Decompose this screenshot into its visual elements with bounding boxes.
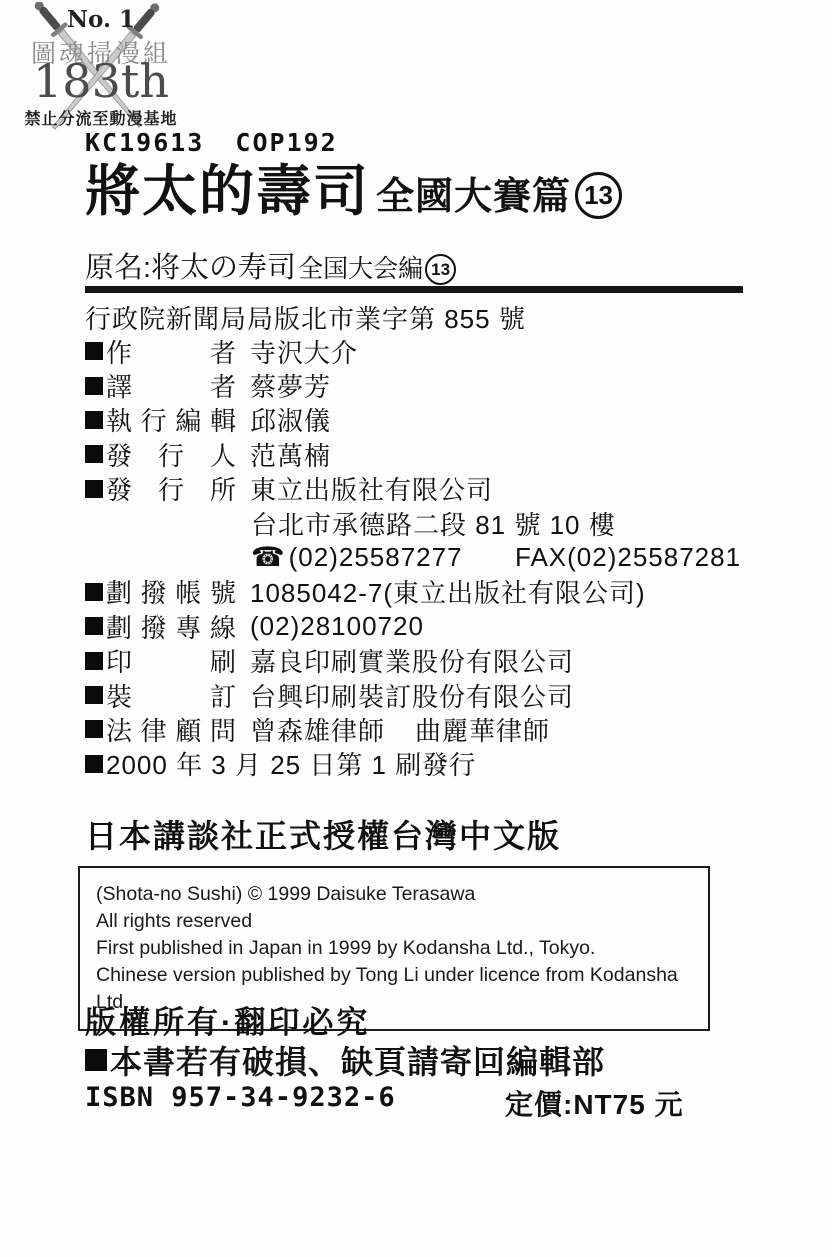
bullet-square-icon: [85, 445, 103, 463]
row-print-date: 2000 年 3 月 25 日第 1 刷發行: [85, 747, 765, 781]
bullet-square-icon: [85, 411, 103, 429]
volume-number-badge: 13: [575, 172, 622, 219]
field-value: 嘉良印刷實業股份有限公司: [250, 642, 574, 679]
field-value: 寺沢大介: [250, 333, 358, 370]
authorization-statement: 日本講談社正式授權台灣中文版: [85, 811, 561, 857]
field-value: 1085042-7(東立出版社有限公司): [250, 573, 646, 610]
row-author: 作者 寺沢大介: [85, 334, 765, 368]
bullet-square-icon: [85, 617, 103, 635]
field-label: 譯者: [106, 367, 236, 404]
row-binder: 裝訂 台興印刷裝訂股份有限公司: [85, 678, 765, 712]
phone-number: (02)25587277: [289, 542, 463, 573]
isbn-price-row: ISBN 957-34-9232-6 定價:NT75 元: [85, 1082, 765, 1118]
title-arc: 全國大賽篇: [376, 178, 571, 219]
field-label: 發行所: [106, 470, 236, 507]
scanlation-watermark: No. 1 圖魂掃漫組 183th 禁止分流至動漫基地: [6, 2, 196, 142]
legal-advisor-1: 曾森雄律師: [250, 711, 385, 748]
field-label: 作者: [106, 333, 236, 370]
row-postal-account: 劃撥帳號 1085042-7(東立出版社有限公司): [85, 575, 765, 609]
bullet-square-icon: [85, 720, 103, 738]
row-executive-editor: 執行編輯 邱淑儀: [85, 403, 765, 437]
bullet-square-icon: [85, 755, 103, 773]
publication-info: 作者 寺沢大介 譯者 蔡夢芳 執行編輯 邱淑儀 發行人 范萬楠 發行所 東立出版…: [85, 334, 765, 781]
original-title-arc: 全国大会編: [298, 249, 423, 286]
field-value: 台興印刷裝訂股份有限公司: [250, 677, 574, 714]
row-phone-fax: ☎ (02)25587277 FAX(02)25587281: [85, 540, 765, 574]
first-print-date: 2000 年 3 月 25 日第 1 刷發行: [106, 745, 476, 782]
field-label: 執行編輯: [106, 401, 236, 438]
bullet-square-icon: [85, 342, 103, 360]
field-label: 裝訂: [106, 677, 236, 714]
field-value: 范萬楠: [250, 436, 331, 473]
copyright-line-2: All rights reserved: [96, 908, 692, 935]
legal-advisor-2: 曲麗華律師: [415, 711, 550, 748]
price-label: 定價:NT75 元: [505, 1083, 684, 1123]
watermark-rank: No. 1: [6, 6, 196, 33]
row-legal-advisors: 法律顧問 曾森雄律師 曲麗華律師: [85, 712, 765, 746]
title-main: 將太的壽司: [85, 164, 370, 219]
bullet-square-icon: [85, 1049, 107, 1071]
field-label: 印刷: [106, 642, 236, 679]
row-address: 台北市承德路二段 81 號 10 樓: [85, 506, 765, 540]
field-label: 發行人: [106, 436, 236, 473]
bullet-square-icon: [85, 377, 103, 395]
field-value: (02)28100720: [250, 611, 424, 642]
isbn-number: ISBN 957-34-9232-6: [85, 1082, 396, 1113]
bullet-square-icon: [85, 583, 103, 601]
watermark-release-number: 183th: [6, 54, 196, 108]
book-title: 將太的壽司 全國大賽篇 13: [85, 164, 622, 219]
field-value: 邱淑儀: [250, 401, 331, 438]
fax-number: FAX(02)25587281: [515, 542, 741, 573]
field-label: 法律顧問: [106, 711, 236, 748]
copyright-line-3: First published in Japan in 1999 by Koda…: [96, 935, 692, 962]
watermark-warning: 禁止分流至動漫基地: [6, 106, 196, 129]
registration-number: 行政院新聞局局版北市業字第 855 號: [85, 299, 526, 336]
original-title-prefix: 原名:将太の寿司: [85, 245, 296, 286]
field-value: 東立出版社有限公司: [250, 470, 493, 507]
copyright-line-1: (Shota-no Sushi) © 1999 Daisuke Terasawa: [96, 881, 692, 908]
row-translator: 譯者 蔡夢芳: [85, 368, 765, 402]
field-label: 劃撥專線: [106, 608, 236, 645]
row-postal-hotline: 劃撥專線 (02)28100720: [85, 609, 765, 643]
bullet-square-icon: [85, 652, 103, 670]
original-volume-badge: 13: [425, 254, 456, 285]
row-publishing-house: 發行所 東立出版社有限公司: [85, 472, 765, 506]
row-publisher-person: 發行人 范萬楠: [85, 437, 765, 471]
bullet-square-icon: [85, 686, 103, 704]
publisher-address: 台北市承德路二段 81 號 10 樓: [251, 505, 616, 542]
field-label: 劃撥帳號: [106, 573, 236, 610]
divider-rule: [85, 286, 743, 293]
damaged-copy-notice: 本書若有破損、缺頁請寄回編輯部: [85, 1037, 605, 1083]
colophon-page: No. 1 圖魂掃漫組 183th 禁止分流至動漫基地 KC19613 COP1…: [0, 0, 832, 1257]
product-code: KC19613 COP192: [85, 128, 338, 157]
bullet-square-icon: [85, 480, 103, 498]
phone-icon: ☎: [251, 542, 286, 573]
row-printer: 印刷 嘉良印刷實業股份有限公司: [85, 644, 765, 678]
rights-notice: 版權所有·翻印必究: [85, 997, 370, 1042]
field-value: 蔡夢芳: [250, 367, 331, 404]
damaged-copy-text: 本書若有破損、缺頁請寄回編輯部: [110, 1037, 605, 1083]
original-title: 原名:将太の寿司 全国大会編 13: [85, 245, 456, 286]
